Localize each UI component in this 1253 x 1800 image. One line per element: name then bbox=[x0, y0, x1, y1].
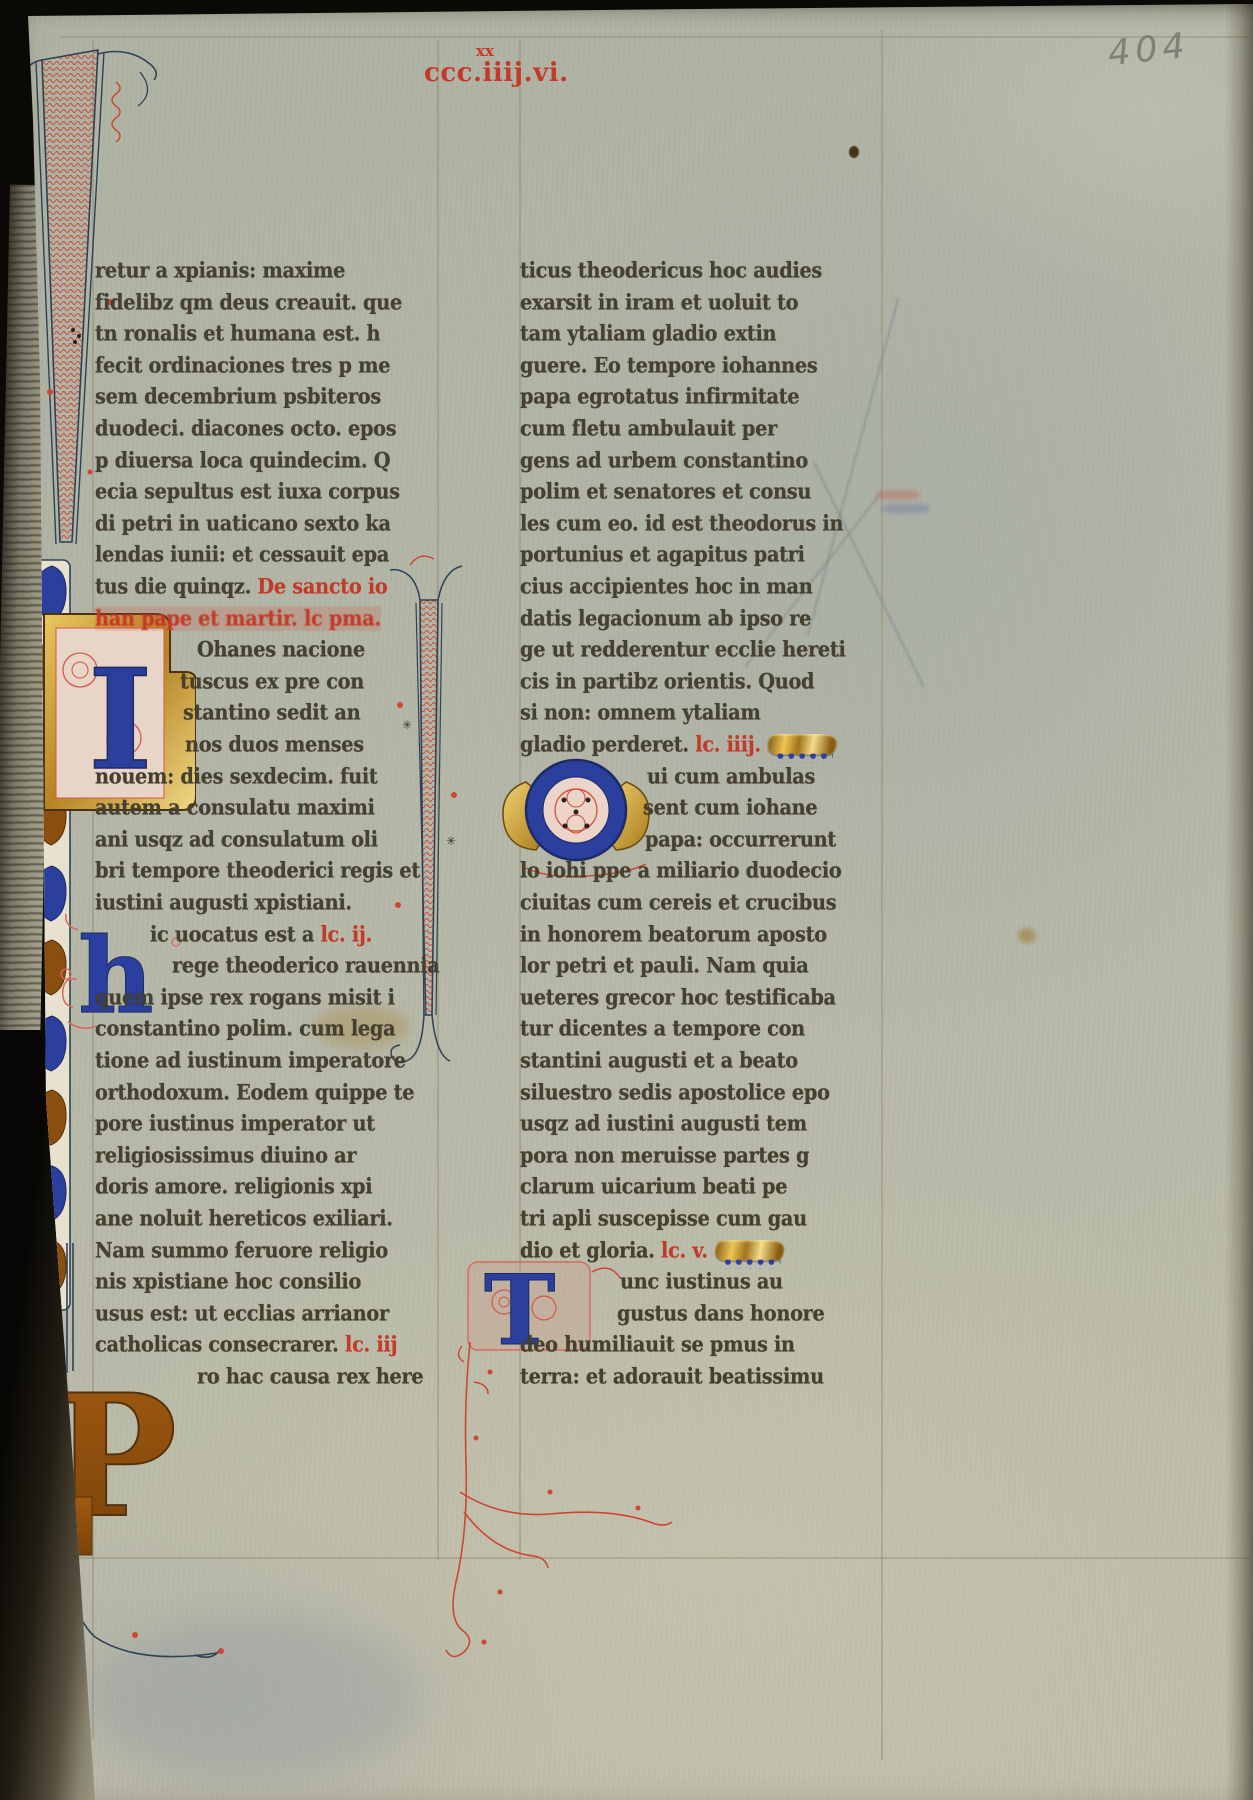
text-line: ro hac causa rex here bbox=[197, 1364, 423, 1389]
body-text: gladio perderet. bbox=[520, 732, 695, 757]
text-line: usus est: ut ecclias arrianor bbox=[95, 1301, 389, 1326]
rubric-text: lc. iij bbox=[345, 1332, 397, 1357]
body-text: terra: et adorauit beatissimu bbox=[520, 1364, 824, 1389]
body-text: ani usqz ad consulatum oli bbox=[95, 827, 378, 852]
body-text: Ohanes nacione bbox=[197, 637, 365, 662]
text-line: lo iohi ppe a miliario duodecio bbox=[520, 858, 841, 883]
body-text: nouem: dies sexdecim. fuit bbox=[95, 764, 377, 789]
text-line: di petri in uaticano sexto ka bbox=[95, 511, 391, 536]
gold-line-filler bbox=[768, 734, 837, 755]
text-line: nouem: dies sexdecim. fuit bbox=[95, 764, 377, 789]
text-line: polim et senatores et consu bbox=[520, 479, 811, 504]
text-line: iustini augusti xpistiani. bbox=[95, 890, 352, 915]
text-line: datis legacionum ab ipso re bbox=[520, 606, 811, 631]
text-line: gladio perderet. lc. iiij. bbox=[520, 732, 837, 757]
body-text: pore iustinus imperator ut bbox=[95, 1111, 375, 1136]
text-line: portunius et agapitus patri bbox=[520, 542, 805, 567]
text-line: ui cum ambulas bbox=[647, 764, 815, 789]
body-text: ciuitas cum cereis et crucibus bbox=[520, 890, 836, 915]
body-text: nos duos menses bbox=[185, 732, 364, 757]
body-text: gustus dans honore bbox=[617, 1301, 825, 1326]
text-line: tus die quinqz. De sancto io bbox=[95, 574, 388, 599]
text-line: rege theoderico rauennia bbox=[172, 953, 440, 978]
body-text: ane noluit hereticos exiliari. bbox=[95, 1206, 393, 1231]
body-text: tur dicentes a tempore con bbox=[520, 1016, 805, 1041]
body-text: nis xpistiane hoc consilio bbox=[95, 1269, 361, 1294]
body-text: siluestro sedis apostolice epo bbox=[520, 1080, 830, 1105]
text-line: papa egrotatus infirmitate bbox=[520, 384, 799, 409]
body-text: duodeci. diacones octo. epos bbox=[95, 416, 396, 441]
text-line: terra: et adorauit beatissimu bbox=[520, 1364, 824, 1389]
text-line: ge ut redderentur ecclie hereti bbox=[520, 637, 846, 662]
text-line: ueteres grecor hoc testificaba bbox=[520, 985, 836, 1010]
text-line: si non: omnem ytaliam bbox=[520, 700, 761, 725]
body-text: polim et senatores et consu bbox=[520, 479, 811, 504]
body-text: sem decembrium psbiteros bbox=[95, 384, 381, 409]
body-text: Nam summo feruore religio bbox=[95, 1238, 388, 1263]
text-line: stantino sedit an bbox=[183, 700, 360, 725]
body-text: ic uocatus est a bbox=[150, 922, 321, 947]
text-line: fidelibz qm deus creauit. que bbox=[95, 290, 402, 315]
text-line: sem decembrium psbiteros bbox=[95, 384, 381, 409]
text-line: cum fletu ambulauit per bbox=[520, 416, 777, 441]
text-line: bri tempore theoderici regis et bbox=[95, 858, 420, 883]
body-text: guere. Eo tempore iohannes bbox=[520, 353, 817, 378]
body-text: in honorem beatorum aposto bbox=[520, 922, 827, 947]
text-line: pora non meruisse partes g bbox=[520, 1143, 809, 1168]
text-line: papa: occurrerunt bbox=[645, 827, 836, 852]
text-line: guere. Eo tempore iohannes bbox=[520, 353, 817, 378]
text-column-left: retur a xpianis: maximefidelibz qm deus … bbox=[95, 258, 437, 1403]
text-line: tur dicentes a tempore con bbox=[520, 1016, 805, 1041]
body-text: ueteres grecor hoc testificaba bbox=[520, 985, 836, 1010]
body-text: lor petri et pauli. Nam quia bbox=[520, 953, 808, 978]
text-line: exarsit in iram et uoluit to bbox=[520, 290, 798, 315]
text-line: religiosissimus diuino ar bbox=[95, 1143, 356, 1168]
body-text: ro hac causa rex here bbox=[197, 1364, 423, 1389]
body-text: les cum eo. id est theodorus in bbox=[520, 511, 843, 536]
ink-spot bbox=[849, 146, 859, 158]
rubric-text: han pape et martir. lc pma. bbox=[95, 606, 381, 631]
text-line: orthodoxum. Eodem quippe te bbox=[95, 1080, 414, 1105]
body-text: tuscus ex pre con bbox=[180, 669, 364, 694]
body-text: stantino sedit an bbox=[183, 700, 360, 725]
running-header-chapter-number: ccc.iiij.vi. bbox=[424, 58, 569, 88]
text-line: doris amore. religionis xpi bbox=[95, 1174, 372, 1199]
text-line: quem ipse rex rogans misit i bbox=[95, 985, 395, 1010]
text-line: constantino polim. cum lega bbox=[95, 1016, 395, 1041]
body-text: retur a xpianis: maxime bbox=[95, 258, 345, 283]
body-text: tn ronalis et humana est. h bbox=[95, 321, 380, 346]
rubric-text: lc. ij. bbox=[321, 922, 372, 947]
body-text: tam ytaliam gladio extin bbox=[520, 321, 776, 346]
body-text: tus die quinqz. bbox=[95, 574, 257, 599]
body-text: iustini augusti xpistiani. bbox=[95, 890, 352, 915]
body-text: lo iohi ppe a miliario duodecio bbox=[520, 858, 841, 883]
text-line: in honorem beatorum aposto bbox=[520, 922, 827, 947]
text-line: dio et gloria. lc. v. bbox=[520, 1238, 784, 1263]
rubric-text: lc. v. bbox=[661, 1238, 708, 1263]
body-text: ecia sepultus est iuxa corpus bbox=[95, 479, 400, 504]
text-line: tione ad iustinum imperatore bbox=[95, 1048, 406, 1073]
body-text: bri tempore theoderici regis et bbox=[95, 858, 420, 883]
pigment-smear bbox=[882, 504, 930, 513]
page-edge-shadow bbox=[1225, 0, 1253, 1800]
body-text: datis legacionum ab ipso re bbox=[520, 606, 811, 631]
text-line: han pape et martir. lc pma. bbox=[95, 606, 381, 631]
body-text: lendas iunii: et cessauit epa bbox=[95, 542, 389, 567]
body-text: si non: omnem ytaliam bbox=[520, 700, 761, 725]
text-line: ic uocatus est a lc. ij. bbox=[150, 922, 372, 947]
body-text: clarum uicarium beati pe bbox=[520, 1174, 787, 1199]
text-line: retur a xpianis: maxime bbox=[95, 258, 345, 283]
body-text: unc iustinus au bbox=[620, 1269, 783, 1294]
body-text: stantini augusti et a beato bbox=[520, 1048, 798, 1073]
body-text: p diuersa loca quindecim. Q bbox=[95, 448, 390, 473]
text-line: cis in partibz orientis. Quod bbox=[520, 669, 814, 694]
body-text: religiosissimus diuino ar bbox=[95, 1143, 356, 1168]
text-line: tn ronalis et humana est. h bbox=[95, 321, 380, 346]
text-line: nis xpistiane hoc consilio bbox=[95, 1269, 361, 1294]
body-text: dio et gloria. bbox=[520, 1238, 661, 1263]
body-text: constantino polim. cum lega bbox=[95, 1016, 395, 1041]
text-line: gustus dans honore bbox=[617, 1301, 825, 1326]
body-text: doris amore. religionis xpi bbox=[95, 1174, 372, 1199]
text-line: autem a consulatu maximi bbox=[95, 795, 375, 820]
text-line: gens ad urbem constantino bbox=[520, 448, 808, 473]
body-text: deo humiliauit se pmus in bbox=[520, 1332, 795, 1357]
rubric-text: De sancto io bbox=[257, 574, 387, 599]
body-text: gens ad urbem constantino bbox=[520, 448, 808, 473]
text-line: siluestro sedis apostolice epo bbox=[520, 1080, 830, 1105]
text-line: usqz ad iustini augusti tem bbox=[520, 1111, 807, 1136]
body-text: pora non meruisse partes g bbox=[520, 1143, 809, 1168]
text-line: unc iustinus au bbox=[620, 1269, 783, 1294]
text-line: lendas iunii: et cessauit epa bbox=[95, 542, 389, 567]
text-line: fecit ordinaciones tres p me bbox=[95, 353, 390, 378]
text-line: catholicas consecrarer. lc. iij bbox=[95, 1332, 397, 1357]
text-line: clarum uicarium beati pe bbox=[520, 1174, 787, 1199]
page-content: xx ccc.iiij.vi. 404 ✳ bbox=[0, 0, 1253, 1800]
text-line: deo humiliauit se pmus in bbox=[520, 1332, 795, 1357]
body-text: usqz ad iustini augusti tem bbox=[520, 1111, 807, 1136]
text-line: nos duos menses bbox=[185, 732, 364, 757]
text-line: ciuitas cum cereis et crucibus bbox=[520, 890, 836, 915]
body-text: portunius et agapitus patri bbox=[520, 542, 805, 567]
text-column-right: ticus theodericus hoc audiesexarsit in i… bbox=[520, 258, 882, 1403]
text-line: pore iustinus imperator ut bbox=[95, 1111, 375, 1136]
body-text: cius accipientes hoc in man bbox=[520, 574, 812, 599]
text-line: Ohanes nacione bbox=[197, 637, 365, 662]
text-line: ticus theodericus hoc audies bbox=[520, 258, 822, 283]
body-text: di petri in uaticano sexto ka bbox=[95, 511, 391, 536]
body-text: exarsit in iram et uoluit to bbox=[520, 290, 798, 315]
gold-line-filler bbox=[715, 1240, 784, 1261]
text-line: sent cum iohane bbox=[643, 795, 817, 820]
text-line: les cum eo. id est theodorus in bbox=[520, 511, 843, 536]
body-text: fidelibz qm deus creauit. que bbox=[95, 290, 402, 315]
body-text: fecit ordinaciones tres p me bbox=[95, 353, 390, 378]
body-text: tri apli suscepisse cum gau bbox=[520, 1206, 807, 1231]
text-line: duodeci. diacones octo. epos bbox=[95, 416, 396, 441]
text-line: p diuersa loca quindecim. Q bbox=[95, 448, 390, 473]
body-text: tione ad iustinum imperatore bbox=[95, 1048, 406, 1073]
text-line: ani usqz ad consulatum oli bbox=[95, 827, 378, 852]
body-text: ui cum ambulas bbox=[647, 764, 815, 789]
pigment-smear bbox=[876, 490, 920, 500]
body-text: cum fletu ambulauit per bbox=[520, 416, 777, 441]
manuscript-photo: xx ccc.iiij.vi. 404 ✳ bbox=[0, 0, 1253, 1800]
body-text: quem ipse rex rogans misit i bbox=[95, 985, 395, 1010]
body-text: sent cum iohane bbox=[643, 795, 817, 820]
body-text: papa: occurrerunt bbox=[645, 827, 836, 852]
body-text: rege theoderico rauennia bbox=[172, 953, 440, 978]
ruling-line bbox=[60, 36, 1250, 38]
star-mark-icon: ✳ bbox=[446, 834, 456, 848]
text-line: stantini augusti et a beato bbox=[520, 1048, 798, 1073]
body-text: autem a consulatu maximi bbox=[95, 795, 375, 820]
body-text: papa egrotatus infirmitate bbox=[520, 384, 799, 409]
text-line: ecia sepultus est iuxa corpus bbox=[95, 479, 400, 504]
body-text: ticus theodericus hoc audies bbox=[520, 258, 822, 283]
text-line: ane noluit hereticos exiliari. bbox=[95, 1206, 393, 1231]
rubric-text: lc. iiij. bbox=[695, 732, 761, 757]
body-text: ge ut redderentur ecclie hereti bbox=[520, 637, 846, 662]
text-line: cius accipientes hoc in man bbox=[520, 574, 812, 599]
text-line: tuscus ex pre con bbox=[180, 669, 364, 694]
stain bbox=[1018, 928, 1036, 943]
text-line: lor petri et pauli. Nam quia bbox=[520, 953, 808, 978]
body-text: catholicas consecrarer. bbox=[95, 1332, 345, 1357]
text-line: tam ytaliam gladio extin bbox=[520, 321, 776, 346]
text-line: Nam summo feruore religio bbox=[95, 1238, 388, 1263]
body-text: orthodoxum. Eodem quippe te bbox=[95, 1080, 414, 1105]
body-text: usus est: ut ecclias arrianor bbox=[95, 1301, 389, 1326]
text-line: tri apli suscepisse cum gau bbox=[520, 1206, 807, 1231]
body-text: cis in partibz orientis. Quod bbox=[520, 669, 814, 694]
folio-number: 404 bbox=[1106, 26, 1192, 74]
